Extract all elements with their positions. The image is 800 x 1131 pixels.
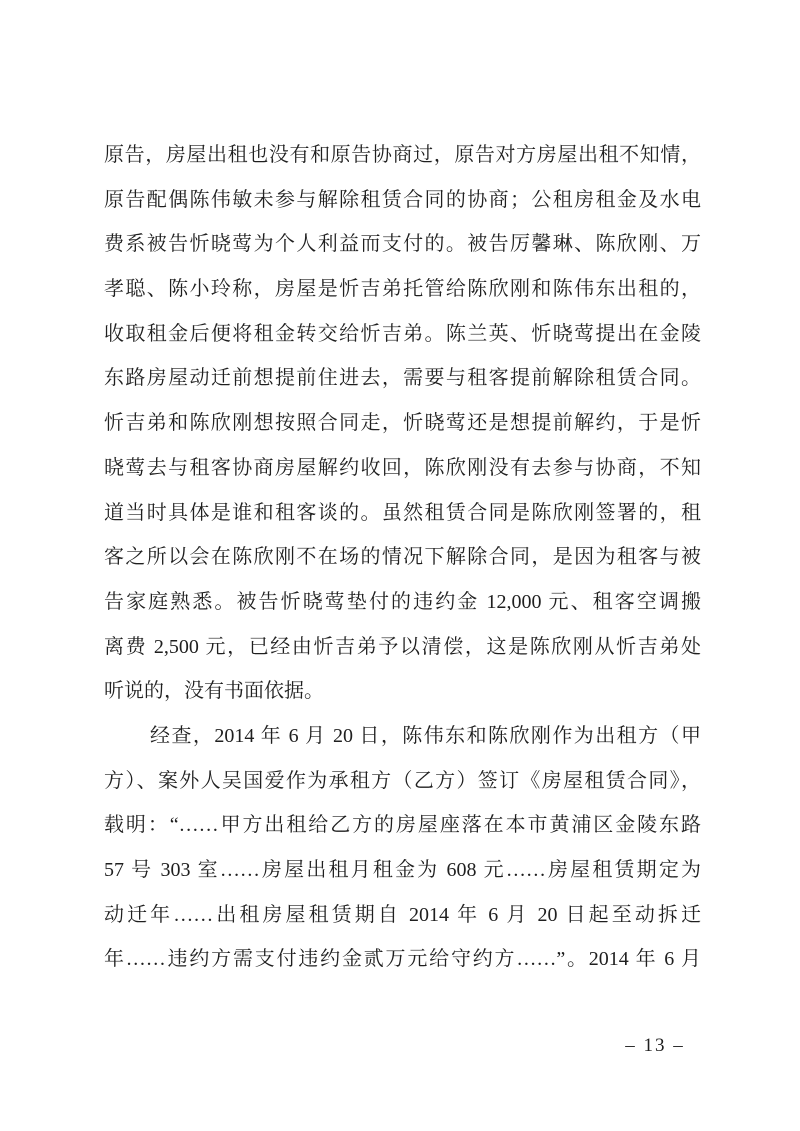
text-line: 离费 2,500 元，已经由忻吉弟予以清偿，这是陈欣刚从忻吉弟处 <box>104 625 701 670</box>
text-line: 方）、案外人吴国爱作为承租方（乙方）签订《房屋租赁合同》， <box>104 759 701 804</box>
text-line: 客之所以会在陈欣刚不在场的情况下解除合同，是因为租客与被 <box>104 535 701 580</box>
text-line: 收取租金后便将租金转交给忻吉弟。陈兰英、忻晓莺提出在金陵 <box>104 312 701 357</box>
page-number: – 13 – <box>600 1035 710 1057</box>
text-line: 忻吉弟和陈欣刚想按照合同走，忻晓莺还是想提前解约，于是忻 <box>104 401 701 446</box>
text-line: 费系被告忻晓莺为个人利益而支付的。被告厉馨琳、陈欣刚、万 <box>104 222 701 267</box>
text-line: 57 号 303 室……房屋出租月租金为 608 元……房屋租赁期定为 <box>104 848 701 893</box>
text-line: 晓莺去与租客协商房屋解约收回，陈欣刚没有去参与协商，不知 <box>104 446 701 491</box>
text-line: 经查，2014 年 6 月 20 日，陈伟东和陈欣刚作为出租方（甲 <box>104 714 701 759</box>
text-line: 载明：“……甲方出租给乙方的房屋座落在本市黄浦区金陵东路 <box>104 803 701 848</box>
document-page: 原告，房屋出租也没有和原告协商过，原告对方房屋出租不知情， 原告配偶陈伟敏未参与… <box>0 0 800 1131</box>
text-line: 原告配偶陈伟敏未参与解除租赁合同的协商；公租房租金及水电 <box>104 178 701 223</box>
text-line: 原告，房屋出租也没有和原告协商过，原告对方房屋出租不知情， <box>104 133 701 178</box>
body-text: 原告，房屋出租也没有和原告协商过，原告对方房屋出租不知情， 原告配偶陈伟敏未参与… <box>104 133 701 982</box>
text-line: 听说的，没有书面依据。 <box>104 669 701 714</box>
text-line: 年……违约方需支付违约金贰万元给守约方……”。2014 年 6 月 <box>104 937 701 982</box>
text-line: 动迁年……出租房屋租赁期自 2014 年 6 月 20 日起至动拆迁 <box>104 893 701 938</box>
text-line: 告家庭熟悉。被告忻晓莺垫付的违约金 12,000 元、租客空调搬 <box>104 580 701 625</box>
text-line: 道当时具体是谁和租客谈的。虽然租赁合同是陈欣刚签署的，租 <box>104 491 701 536</box>
text-line: 孝聪、陈小玲称，房屋是忻吉弟托管给陈欣刚和陈伟东出租的， <box>104 267 701 312</box>
text-line: 东路房屋动迁前想提前住进去，需要与租客提前解除租赁合同。 <box>104 356 701 401</box>
